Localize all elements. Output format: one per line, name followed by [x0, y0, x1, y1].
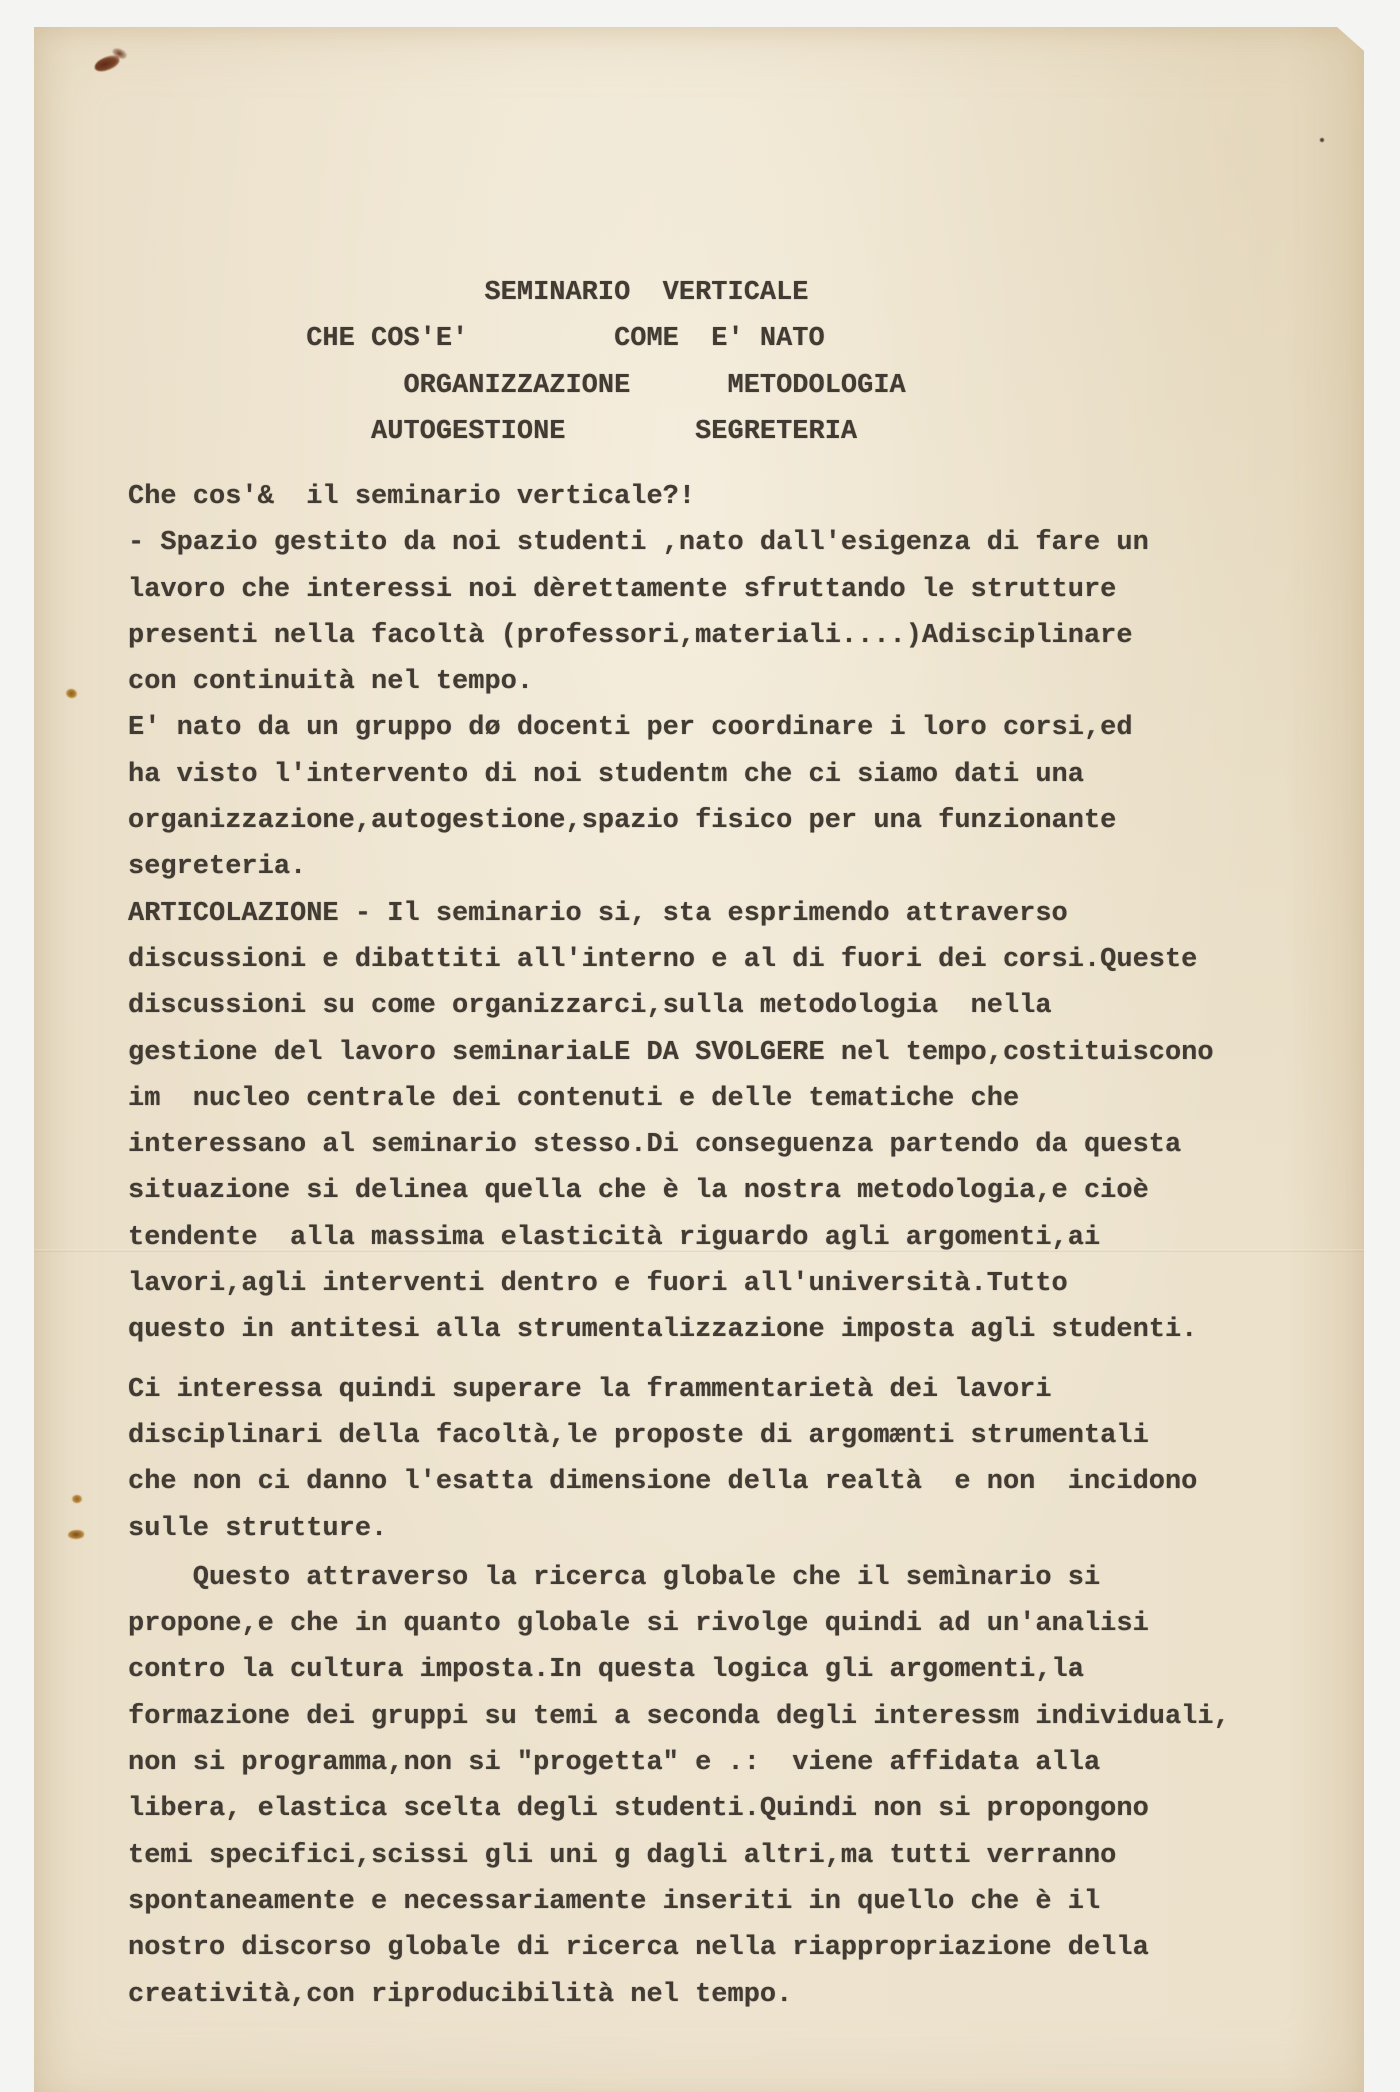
text-line: E' nato da un gruppo dø docenti per coor…: [128, 705, 1230, 751]
text-line: segreteria.: [128, 844, 1230, 890]
text-line: discussioni su come organizzarci,sulla m…: [128, 983, 1230, 1029]
text-line: interessano al seminario stesso.Di conse…: [128, 1122, 1230, 1168]
text-line: sulle strutture.: [128, 1506, 1230, 1552]
text-line: libera, elastica scelta degli studenti.Q…: [128, 1786, 1230, 1832]
text-line: presenti nella facoltà (professori,mater…: [128, 613, 1230, 659]
text-line: propone,e che in quanto globale si rivol…: [128, 1601, 1230, 1647]
text-line: situazione si delinea quella che è la no…: [128, 1168, 1230, 1214]
paragraph: Ci interessa quindi superare la framment…: [128, 1367, 1230, 1552]
text-line: SEMINARIO VERTICALE: [128, 270, 906, 316]
text-line: AUTOGESTIONE SEGRETERIA: [128, 409, 906, 455]
text-line: Che cos'& il seminario verticale?!: [128, 474, 1230, 520]
document-page: SEMINARIO VERTICALE CHE COS'E' COME E' N…: [34, 27, 1364, 2092]
paragraph: Che cos'& il seminario verticale?!- Spaz…: [128, 474, 1230, 1354]
text-line: gestione del lavoro seminariaLE DA SVOLG…: [128, 1030, 1230, 1076]
rust-speck: [68, 1530, 84, 1539]
text-line: organizzazione,autogestione,spazio fisic…: [128, 798, 1230, 844]
text-line: spontaneamente e necessariamente inserit…: [128, 1879, 1230, 1925]
text-line: tendente alla massima elasticità riguard…: [128, 1215, 1230, 1261]
scan-background: SEMINARIO VERTICALE CHE COS'E' COME E' N…: [0, 0, 1400, 2092]
text-line: CHE COS'E' COME E' NATO: [128, 316, 906, 362]
text-line: disciplinari della facoltà,le proposte d…: [128, 1413, 1230, 1459]
text-line: contro la cultura imposta.In questa logi…: [128, 1647, 1230, 1693]
text-line: creatività,con riproducibilità nel tempo…: [128, 1972, 1230, 2018]
text-line: Ci interessa quindi superare la framment…: [128, 1367, 1230, 1413]
text-line: che non ci danno l'esatta dimensione del…: [128, 1459, 1230, 1505]
text-line: ORGANIZZAZIONE METODOLOGIA: [128, 363, 906, 409]
text-line: discussioni e dibattiti all'interno e al…: [128, 937, 1230, 983]
text-line: non si programma,non si "progetta" e .: …: [128, 1740, 1230, 1786]
text-line: - Spazio gestito da noi studenti ,nato d…: [128, 520, 1230, 566]
text-line: temi specifici,scissi gli uni g dagli al…: [128, 1833, 1230, 1879]
dust-speck: [1320, 138, 1324, 142]
text-line: Questo attraverso la ricerca globale che…: [128, 1555, 1230, 1601]
text-line: im nucleo centrale dei contenuti e delle…: [128, 1076, 1230, 1122]
document-title-block: SEMINARIO VERTICALE CHE COS'E' COME E' N…: [128, 270, 906, 455]
text-line: nostro discorso globale di ricerca nella…: [128, 1925, 1230, 1971]
text-line: lavori,agli interventi dentro e fuori al…: [128, 1261, 1230, 1307]
text-line: formazione dei gruppi su temi a seconda …: [128, 1694, 1230, 1740]
text-line: ARTICOLAZIONE - Il seminario si, sta esp…: [128, 891, 1230, 937]
text-line: ha visto l'intervento di noi studentm ch…: [128, 752, 1230, 798]
text-line: lavoro che interessi noi dèrettamente sf…: [128, 567, 1230, 613]
rust-speck: [72, 1495, 82, 1503]
document-body: Che cos'& il seminario verticale?!- Spaz…: [128, 474, 1230, 2018]
text-line: con continuità nel tempo.: [128, 659, 1230, 705]
paragraph: Questo attraverso la ricerca globale che…: [128, 1555, 1230, 2018]
text-line: questo in antitesi alla strumentalizzazi…: [128, 1307, 1230, 1353]
rust-speck: [65, 688, 78, 699]
